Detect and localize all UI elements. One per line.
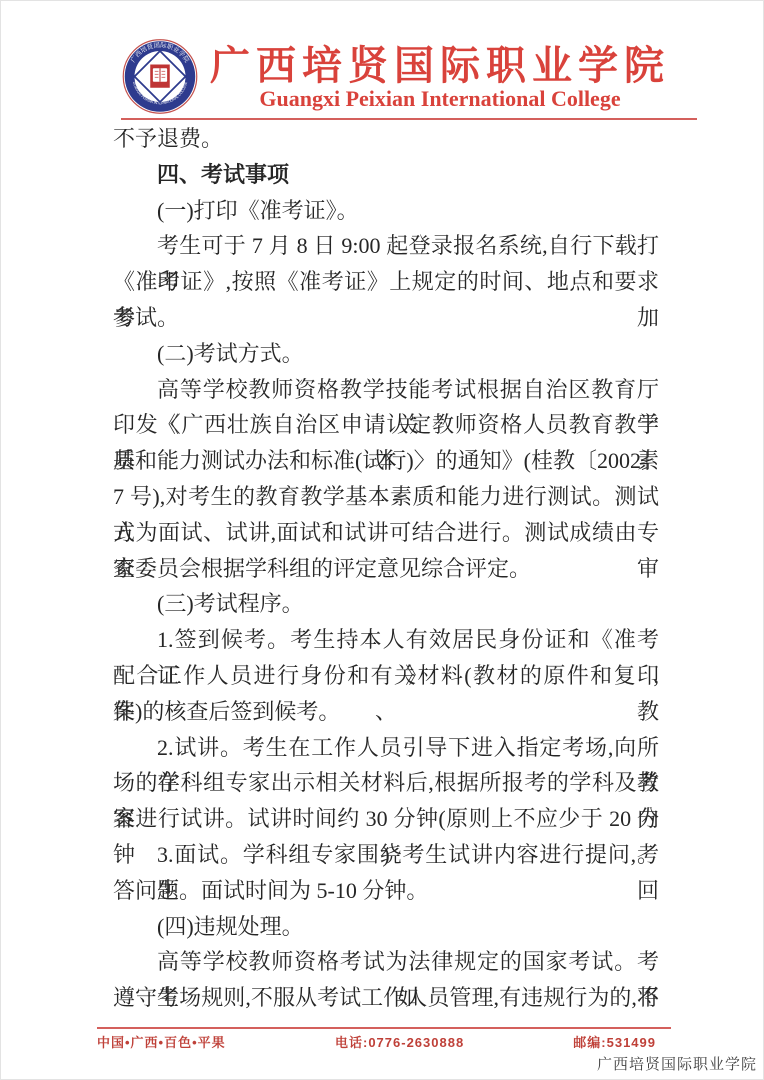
college-title-english: Guangxi Peixian International College: [199, 87, 681, 110]
body-line: (三)考试程序。: [113, 586, 659, 622]
footer-phone: 电话:0776-2630888: [335, 1032, 464, 1051]
footer-postcode: 邮编:531499: [573, 1032, 656, 1051]
body-line: 高等学校教师资格考试为法律规定的国家考试。考生如不: [113, 944, 659, 980]
college-title-chinese: 广西培贤国际职业学院: [199, 45, 681, 87]
footer-location: 中国•广西•百色•平果: [97, 1032, 226, 1051]
body-line: (二)考试方式。: [113, 336, 659, 372]
body-line: 不予退费。: [113, 121, 659, 157]
body-line: 配合工作人员进行身份和有关材料(教材的原件和复印件、教: [113, 658, 659, 694]
college-seal-icon: 广西培贤国际职业学院 GUANGXI PEIXIAN INTERNATIONAL…: [122, 39, 198, 114]
body-line: 容进行试讲。试讲时间约 30 分钟(原则上不应少于 20 分钟)。: [113, 801, 659, 837]
college-title-block: 广西培贤国际职业学院 Guangxi Peixian International…: [199, 45, 681, 110]
document-body: 不予退费。四、考试事项(一)打印《准考证》。考生可于 7 月 8 日 9:00 …: [113, 121, 659, 1016]
body-line: 遵守考场规则,不服从考试工作人员管理,有违规行为的,将: [113, 980, 659, 1016]
body-line: 高等学校教师资格教学技能考试根据自治区教育厅《关于: [113, 372, 659, 408]
body-line: 2.试讲。考生在工作人员引导下进入指定考场,向所在考: [113, 730, 659, 766]
body-line: (一)打印《准考证》。: [113, 193, 659, 229]
body-line: 7 号),对考生的教育教学基本素质和能力进行测试。测试方: [113, 479, 659, 515]
body-line: 3.面试。学科组专家围绕考生试讲内容进行提问,考生回: [113, 837, 659, 873]
body-line: 印发〈广西壮族自治区申请认定教师资格人员教育教学基本素: [113, 407, 659, 443]
body-line: 考生可于 7 月 8 日 9:00 起登录报名系统,自行下载打印: [113, 228, 659, 264]
book-icon: [153, 68, 167, 82]
body-line: 质和能力测试办法和标准(试行)〉的通知》(桂教〔2002〕: [113, 443, 659, 479]
body-line: 1.签到候考。考生持本人有效居民身份证和《准考证》,: [113, 622, 659, 658]
body-line: 式为面试、试讲,面试和试讲可结合进行。测试成绩由专家审: [113, 515, 659, 551]
document-page: 广西培贤国际职业学院 GUANGXI PEIXIAN INTERNATIONAL…: [0, 0, 764, 1080]
header-divider-line: [121, 118, 697, 120]
footer-divider-line: [97, 1027, 671, 1029]
body-line: (四)违规处理。: [113, 909, 659, 945]
body-line: 《准考证》,按照《准考证》上规定的时间、地点和要求参加: [113, 264, 659, 300]
body-line: 场的学科组专家出示相关材料后,根据所报考的学科及教案内: [113, 765, 659, 801]
footer-signature: 广西培贤国际职业学院: [597, 1053, 757, 1074]
section-heading: 四、考试事项: [113, 157, 659, 193]
college-logo: 广西培贤国际职业学院 GUANGXI PEIXIAN INTERNATIONAL…: [122, 39, 198, 114]
